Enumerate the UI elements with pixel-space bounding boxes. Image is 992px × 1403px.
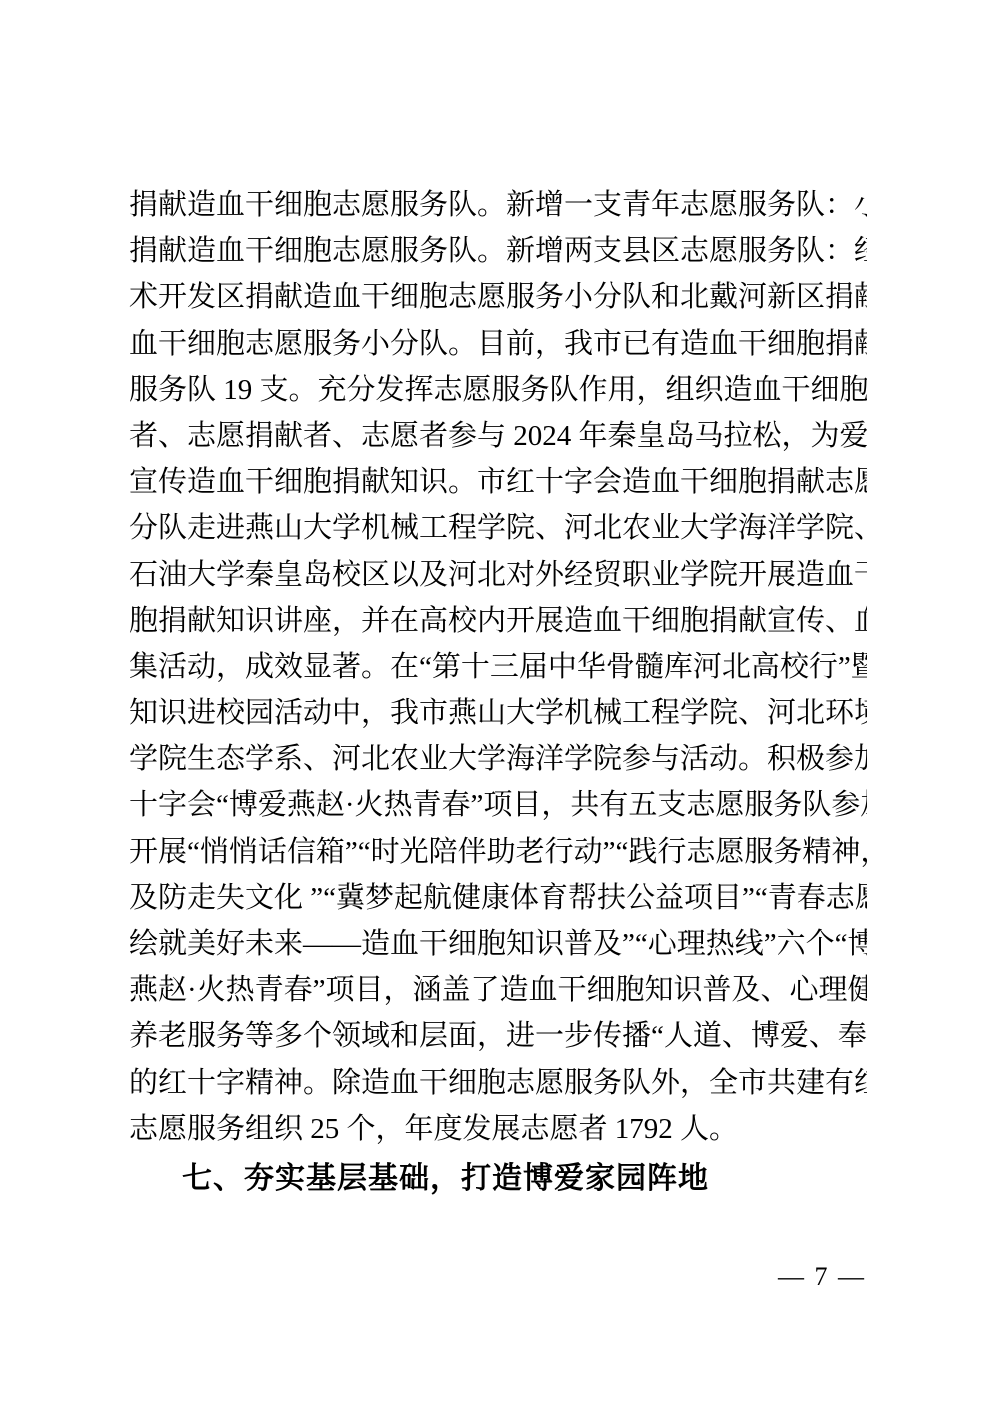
paragraph-line: 者、志愿捐献者、志愿者参与 2024 年秦皇岛马拉松，为爱奔跑， [129, 413, 867, 459]
paragraph-line: 开展“悄悄话信箱”“时光陪伴助老行动”“践行志愿服务精神，普 [129, 829, 867, 875]
paragraph-block: 捐献造血干细胞志愿服务队。新增一支青年志愿服务队：小青柠 捐献造血干细胞志愿服务… [129, 182, 867, 1202]
paragraph-line: 服务队 19 支。充分发挥志愿服务队作用，组织造血干细胞捐献 [129, 367, 867, 413]
paragraph-line: 血干细胞志愿服务小分队。目前，我市已有造血干细胞捐献志愿 [129, 321, 867, 367]
paragraph-line: 养老服务等多个领域和层面，进一步传播“人道、博爱、奉献” [129, 1013, 867, 1059]
paragraph-line: 志愿服务组织 25 个，年度发展志愿者 1792 人。 [129, 1106, 867, 1152]
paragraph-line: 十字会“博爱燕赵·火热青春”项目，共有五支志愿服务队参加， [129, 782, 867, 828]
paragraph-line: 宣传造血干细胞捐献知识。市红十字会造血干细胞捐献志愿服务 [129, 459, 867, 505]
paragraph-line: 燕赵·火热青春”项目，涵盖了造血干细胞知识普及、心理健康、 [129, 967, 867, 1013]
paragraph-line: 捐献造血干细胞志愿服务队。新增两支县区志愿服务队：经济技 [129, 228, 867, 274]
paragraph-line: 绘就美好未来——造血干细胞知识普及”“心理热线”六个“博爱 [129, 921, 867, 967]
document-page: 捐献造血干细胞志愿服务队。新增一支青年志愿服务队：小青柠 捐献造血干细胞志愿服务… [0, 0, 992, 1403]
paragraph-line: 的红十字精神。除造血干细胞志愿服务队外，全市共建有红十字 [129, 1060, 867, 1106]
section-heading: 七、夯实基层基础，打造博爱家园阵地 [129, 1156, 867, 1202]
paragraph-line: 捐献造血干细胞志愿服务队。新增一支青年志愿服务队：小青柠 [129, 182, 867, 228]
paragraph-line: 分队走进燕山大学机械工程学院、河北农业大学海洋学院、东北 [129, 505, 867, 551]
paragraph-line: 术开发区捐献造血干细胞志愿服务小分队和北戴河新区捐献造 [129, 274, 867, 320]
paragraph-line: 胞捐献知识讲座，并在高校内开展造血干细胞捐献宣传、血样采 [129, 598, 867, 644]
paragraph-line: 学院生态学系、河北农业大学海洋学院参与活动。积极参加省红 [129, 736, 867, 782]
paragraph-line: 集活动，成效显著。在“第十三届中华骨髓库河北高校行”暨三献 [129, 644, 867, 690]
paragraph-line: 知识进校园活动中，我市燕山大学机械工程学院、河北环境工程 [129, 690, 867, 736]
paragraph-line: 及防走失文化 ”“冀梦起航健康体育帮扶公益项目”“青春志愿， [129, 875, 867, 921]
page-number: — 7 — [778, 1262, 866, 1292]
paragraph-line: 石油大学秦皇岛校区以及河北对外经贸职业学院开展造血干细 [129, 552, 867, 598]
